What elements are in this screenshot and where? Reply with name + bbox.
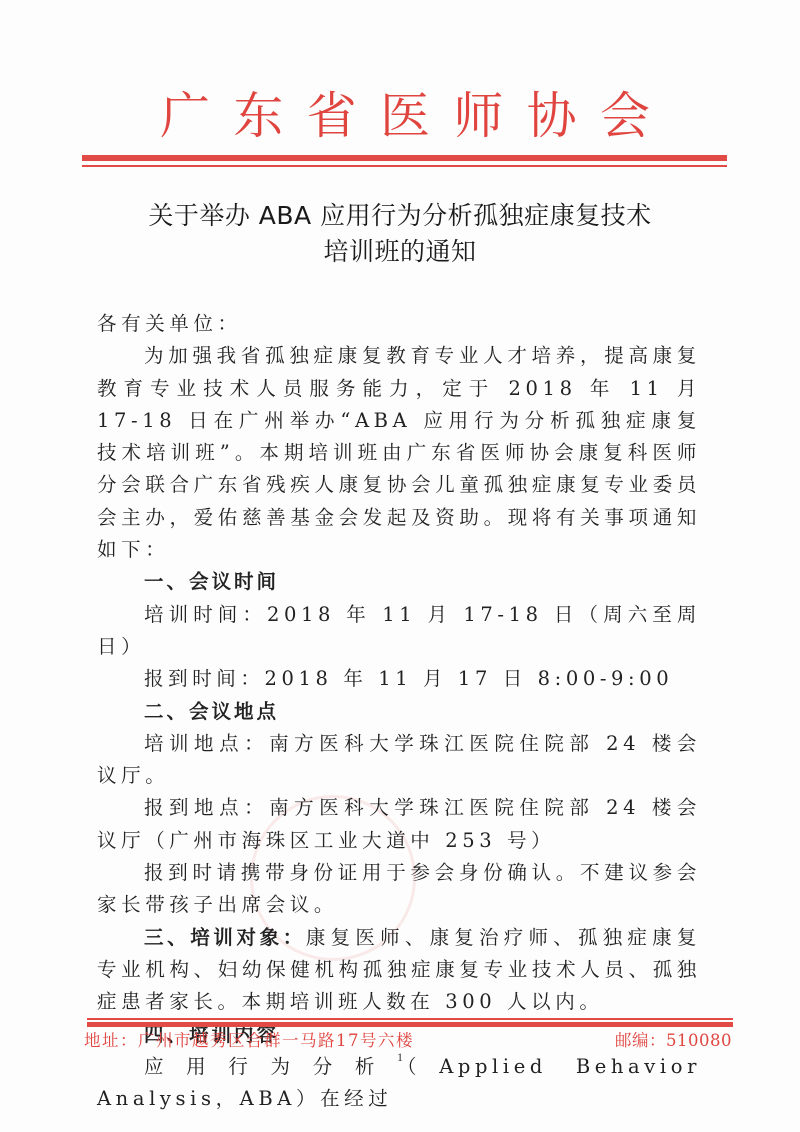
letterhead-organization-name: 广 东 省 医 师 协 会 [160, 86, 650, 146]
header-rule-thin [82, 165, 727, 167]
section-audience: 三、培训对象：康复医师、康复治疗师、孤独症康复专业机构、妇幼保健机构孤独症康复专… [97, 922, 701, 1019]
salutation: 各有关单位： [97, 308, 701, 340]
letterhead-char: 协 [527, 86, 577, 146]
registration-location: 报到地点：南方医科大学珠江医院住院部 24 楼会议厅（广州市海珠区工业大道中 2… [97, 792, 701, 857]
document-body: 各有关单位： 为加强我省孤独症康复教育专业人才培养，提高康复教育专业技术人员服务… [97, 308, 701, 1115]
footer-postcode: 邮编：510080 [615, 1030, 732, 1052]
letterhead-char: 东 [233, 86, 283, 146]
letterhead-char: 省 [307, 86, 357, 146]
training-location: 培训地点：南方医科大学珠江医院住院部 24 楼会议厅。 [97, 728, 701, 793]
page-number: 1 [394, 1050, 406, 1065]
letterhead-char: 师 [453, 86, 503, 146]
footer-rule-thick [87, 1022, 733, 1027]
training-time: 培训时间：2018 年 11 月 17-18 日（周六至周日） [97, 599, 701, 664]
letterhead-char: 会 [600, 86, 650, 146]
letterhead-char: 医 [380, 86, 430, 146]
registration-note: 报到时请携带身份证用于参会身份确认。不建议参会家长带孩子出席会议。 [97, 857, 701, 922]
section-heading-audience: 三、培训对象： [144, 926, 306, 949]
registration-time: 报到时间：2018 年 11 月 17 日 8:00-9:00 [97, 663, 701, 695]
document-page: 广 东 省 医 师 协 会 关于举办 ABA 应用行为分析孤独症康复技术 培训班… [0, 0, 800, 1132]
intro-paragraph: 为加强我省孤独症康复教育专业人才培养，提高康复教育专业技术人员服务能力，定于 2… [97, 340, 701, 566]
document-title-line-2: 培训班的通知 [80, 234, 720, 270]
section-heading-time: 一、会议时间 [97, 566, 701, 598]
footer-address: 地址：广州市越秀区合群一马路17号六楼 [84, 1030, 414, 1052]
section-heading-location: 二、会议地点 [97, 696, 701, 728]
header-rule-thick [82, 155, 727, 161]
footer-rule-thin [87, 1018, 733, 1020]
document-title-line-1: 关于举办 ABA 应用行为分析孤独症康复技术 [80, 198, 720, 234]
letterhead-char: 广 [160, 86, 210, 146]
